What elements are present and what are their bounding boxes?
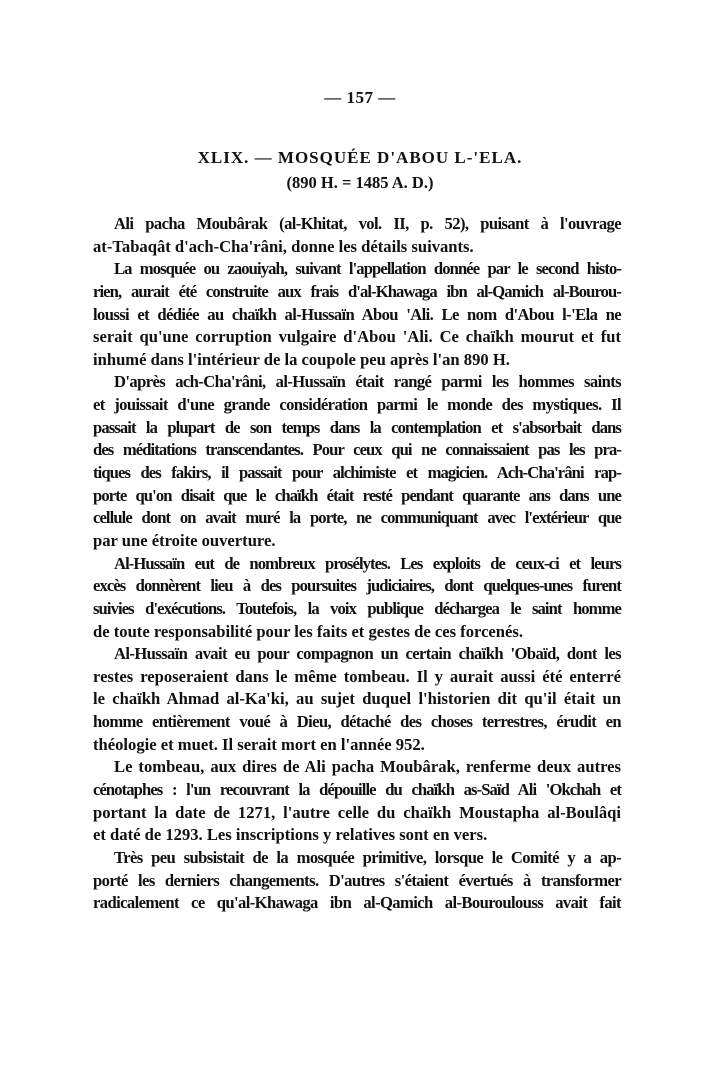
text-line: at-Tabaqât d'ach-Cha'râni, donne les dét… <box>93 236 621 259</box>
body-text: Ali pacha Moubârak (al-Khitat, vol. II, … <box>93 213 621 915</box>
text-line: passait la plupart de son temps dans la … <box>93 417 621 440</box>
text-line: suivies d'exécutions. Toutefois, la voix… <box>93 598 621 621</box>
text-line: La mosquée ou zaouiyah, suivant l'appell… <box>93 258 621 281</box>
text-line: rien, aurait été construite aux frais d'… <box>93 281 621 304</box>
text-line: de toute responsabilité pour les faits e… <box>93 621 621 644</box>
text-line: et jouissait d'une grande considération … <box>93 394 621 417</box>
text-line: inhumé dans l'intérieur de la coupole pe… <box>93 349 621 372</box>
text-line: Al-Hussaïn eut de nombreux prosélytes. L… <box>93 553 621 576</box>
text-line: restes reposeraient dans le même tombeau… <box>93 666 621 689</box>
page-number: — 157 — <box>0 88 720 108</box>
text-line: et daté de 1293. Les inscriptions y rela… <box>93 824 621 847</box>
text-line: des méditations transcendantes. Pour ceu… <box>93 439 621 462</box>
text-line: par une étroite ouverture. <box>93 530 621 553</box>
text-line: cénotaphes : l'un recouvrant la dépouill… <box>93 779 621 802</box>
text-line: porte qu'on disait que le chaïkh était r… <box>93 485 621 508</box>
text-line: portant la date de 1271, l'autre celle d… <box>93 802 621 825</box>
chapter-title: XLIX. — MOSQUÉE D'ABOU L-'ELA. <box>0 148 720 168</box>
chapter-date: (890 H. = 1485 A. D.) <box>0 173 720 193</box>
text-line: D'après ach-Cha'râni, al-Hussaïn était r… <box>93 371 621 394</box>
text-line: théologie et muet. Il serait mort en l'a… <box>93 734 621 757</box>
text-line: loussi et dédiée au chaïkh al-Hussaïn Ab… <box>93 304 621 327</box>
text-line: radicalement ce qu'al-Khawaga ibn al-Qam… <box>93 892 621 915</box>
text-line: le chaïkh Ahmad al-Ka'ki, au sujet duque… <box>93 688 621 711</box>
text-line: Très peu subsistait de la mosquée primit… <box>93 847 621 870</box>
text-line: Al-Hussaïn avait eu pour compagnon un ce… <box>93 643 621 666</box>
text-line: homme entièrement voué à Dieu, détaché d… <box>93 711 621 734</box>
text-line: Le tombeau, aux dires de Ali pacha Moubâ… <box>93 756 621 779</box>
text-line: excès donnèrent lieu à des poursuites ju… <box>93 575 621 598</box>
text-line: tiques des fakirs, il passait pour alchi… <box>93 462 621 485</box>
text-line: serait qu'une corruption vulgaire d'Abou… <box>93 326 621 349</box>
text-line: cellule dont on avait muré la porte, ne … <box>93 507 621 530</box>
text-line: porté les derniers changements. D'autres… <box>93 870 621 893</box>
text-line: Ali pacha Moubârak (al-Khitat, vol. II, … <box>93 213 621 236</box>
